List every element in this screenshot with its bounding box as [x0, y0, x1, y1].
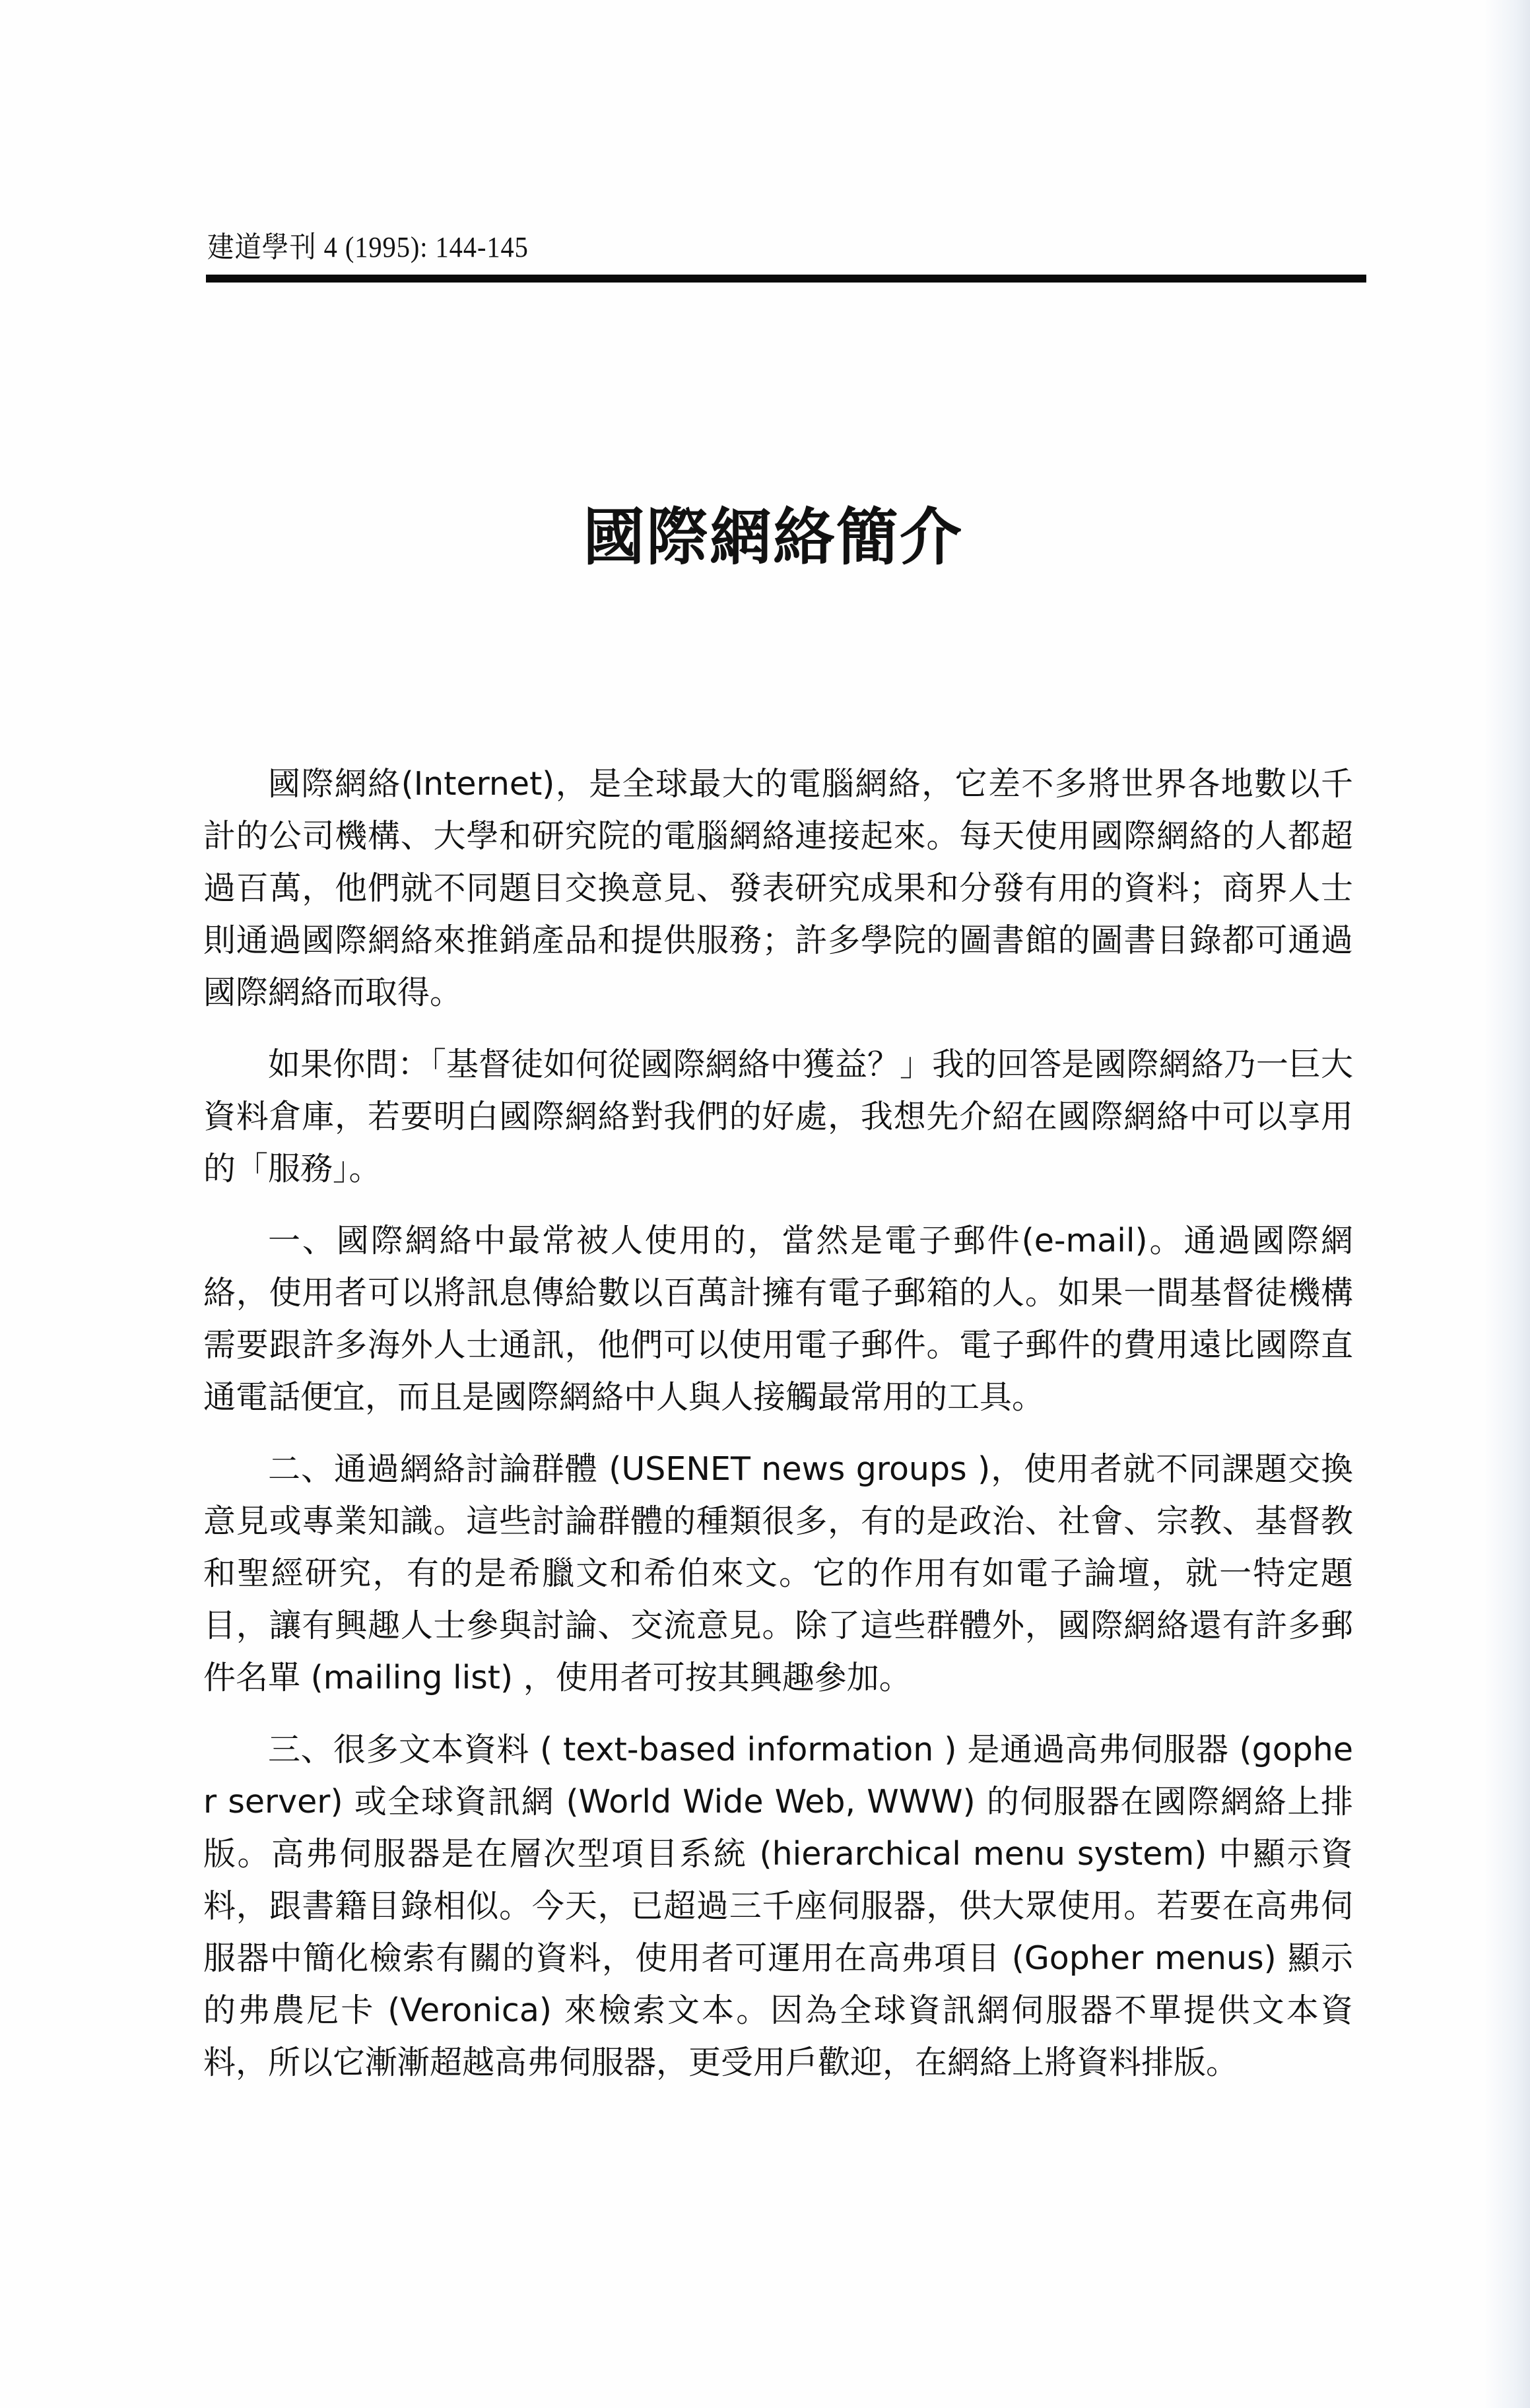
paragraph-intro: 國際網絡(Internet)，是全球最大的電腦網絡，它差不多將世界各地數以千計的…	[203, 758, 1353, 1019]
paragraph-gopher-www: 三、很多文本資料 ( text-based information ) 是通過高…	[203, 1723, 1353, 2089]
header-rule	[206, 275, 1366, 283]
paragraph-question: 如果你問：「基督徒如何從國際網絡中獲益？」我的回答是國際網絡乃一巨大資料倉庫，若…	[203, 1038, 1353, 1195]
running-head: 建道學刊 4 (1995): 144-145	[207, 228, 529, 267]
paragraph-usenet: 二、通過網絡討論群體 (USENET news groups )，使用者就不同課…	[203, 1443, 1353, 1704]
article-title: 國際網絡簡介	[0, 498, 1530, 578]
article-body: 國際網絡(Internet)，是全球最大的電腦網絡，它差不多將世界各地數以千計的…	[203, 758, 1353, 2108]
page-edge-shadow	[1484, 0, 1530, 2408]
document-page: 建道學刊 4 (1995): 144-145 國際網絡簡介 國際網絡(Inter…	[0, 0, 1530, 2408]
paragraph-email: 一、國際網絡中最常被人使用的，當然是電子郵件(e-mail)。通過國際網絡，使用…	[203, 1215, 1353, 1423]
